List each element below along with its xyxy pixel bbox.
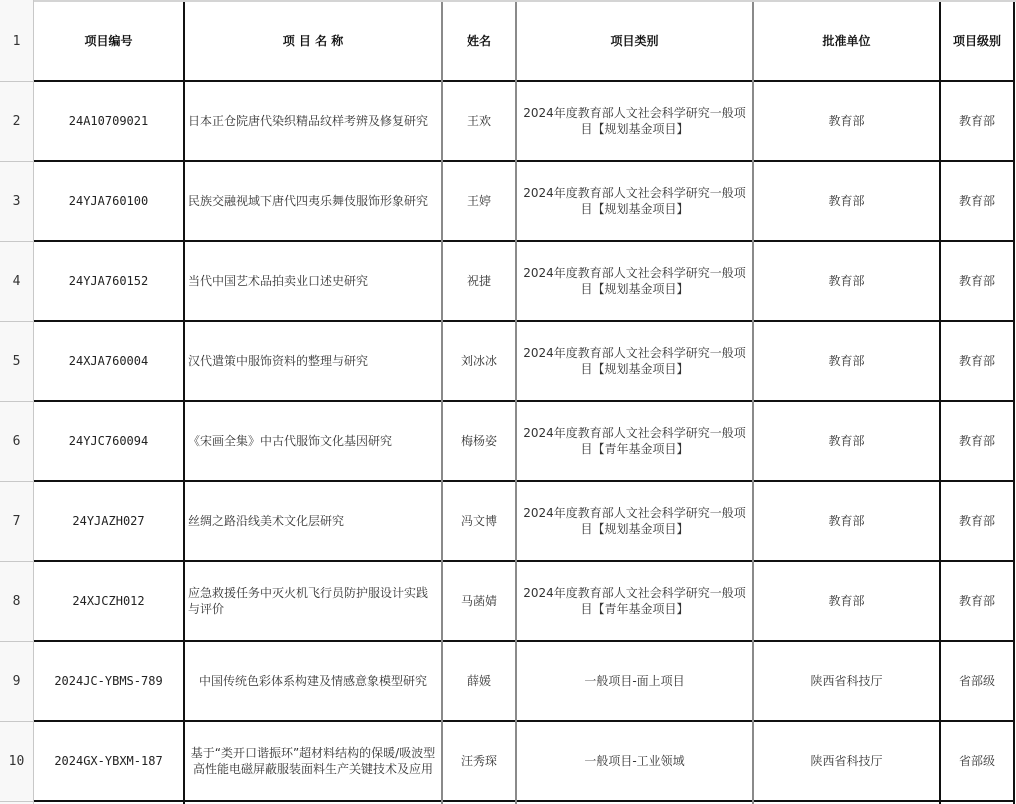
cell-approver[interactable]: 陕西省科技厅: [754, 642, 939, 720]
column-header-person[interactable]: 姓名: [443, 2, 515, 80]
cell-id[interactable]: 24XJA760004: [34, 322, 183, 400]
cell-name[interactable]: 中国传统色彩体系构建及情感意象模型研究: [185, 642, 441, 720]
cell-category[interactable]: 一般项目-面上项目: [517, 642, 752, 720]
cell-category[interactable]: 2024年度教育部人文社会科学研究一般项目【青年基金项目】: [517, 562, 752, 640]
cell-id[interactable]: 24YJA760100: [34, 162, 183, 240]
cell-id[interactable]: 24XJCZH012: [34, 562, 183, 640]
cell-name[interactable]: 民族交融视域下唐代四夷乐舞伎服饰形象研究: [185, 162, 441, 240]
cell-person[interactable]: 祝捷: [443, 242, 515, 320]
row-header-2[interactable]: 2: [0, 82, 33, 162]
table-row: 24YJAZH027 丝绸之路沿线美术文化层研究 冯文博 2024年度教育部人文…: [34, 482, 1014, 562]
column-divider: [939, 2, 941, 804]
column-header-category[interactable]: 项目类别: [517, 2, 752, 80]
column-header-approver[interactable]: 批准单位: [754, 2, 939, 80]
cell-name[interactable]: 当代中国艺术品拍卖业口述史研究: [185, 242, 441, 320]
cell-level[interactable]: 教育部: [941, 402, 1013, 480]
cell-approver[interactable]: 教育部: [754, 82, 939, 160]
table-row: 24YJA760100 民族交融视域下唐代四夷乐舞伎服饰形象研究 王婷 2024…: [34, 162, 1014, 242]
cell-category[interactable]: 2024年度教育部人文社会科学研究一般项目【规划基金项目】: [517, 162, 752, 240]
cell-id[interactable]: 2024GX-YBXM-187: [34, 722, 183, 800]
cell-person[interactable]: 刘冰冰: [443, 322, 515, 400]
column-divider: [515, 2, 517, 804]
cell-id[interactable]: 24YJAZH027: [34, 482, 183, 560]
cell-level[interactable]: 省部级: [941, 722, 1013, 800]
cell-category[interactable]: 2024年度教育部人文社会科学研究一般项目【规划基金项目】: [517, 322, 752, 400]
cell-person[interactable]: 王欢: [443, 82, 515, 160]
cell-level[interactable]: 教育部: [941, 482, 1013, 560]
column-divider: [1013, 2, 1015, 804]
cell-name[interactable]: 丝绸之路沿线美术文化层研究: [185, 482, 441, 560]
cell-id[interactable]: 24YJA760152: [34, 242, 183, 320]
cell-level[interactable]: 省部级: [941, 642, 1013, 720]
spreadsheet: 1 2 3 4 5 6 7 8 9 10 项目编号 项 目 名 称 姓名 项目类…: [0, 0, 1016, 804]
cell-approver[interactable]: 教育部: [754, 242, 939, 320]
column-header-level[interactable]: 项目级别: [941, 2, 1013, 80]
cell-person[interactable]: 王婷: [443, 162, 515, 240]
table-row: 2024JC-YBMS-789 中国传统色彩体系构建及情感意象模型研究 薛媛 一…: [34, 642, 1014, 722]
row-header-6[interactable]: 6: [0, 402, 33, 482]
cell-name[interactable]: 汉代遣策中服饰资料的整理与研究: [185, 322, 441, 400]
cell-approver[interactable]: 教育部: [754, 162, 939, 240]
cell-person[interactable]: 冯文博: [443, 482, 515, 560]
column-divider: [441, 2, 443, 804]
cell-approver[interactable]: 教育部: [754, 562, 939, 640]
cell-level[interactable]: 教育部: [941, 562, 1013, 640]
cell-person[interactable]: 汪秀琛: [443, 722, 515, 800]
row-number-gutter: 1 2 3 4 5 6 7 8 9 10: [0, 0, 34, 804]
table-row: 24XJA760004 汉代遣策中服饰资料的整理与研究 刘冰冰 2024年度教育…: [34, 322, 1014, 402]
cell-level[interactable]: 教育部: [941, 242, 1013, 320]
cell-person[interactable]: 薛媛: [443, 642, 515, 720]
row-header-7[interactable]: 7: [0, 482, 33, 562]
row-header-3[interactable]: 3: [0, 162, 33, 242]
cell-approver[interactable]: 教育部: [754, 402, 939, 480]
cell-name[interactable]: 基于“类开口谐振环”超材料结构的保暖/吸波型高性能电磁屏蔽服装面料生产关键技术及…: [185, 722, 441, 800]
table-row: 24YJC760094 《宋画全集》中古代服饰文化基因研究 梅杨姿 2024年度…: [34, 402, 1014, 482]
cell-level[interactable]: 教育部: [941, 162, 1013, 240]
table-row: 24A10709021 日本正仓院唐代染织精品纹样考辨及修复研究 王欢 2024…: [34, 82, 1014, 162]
cell-approver[interactable]: 教育部: [754, 482, 939, 560]
row-header-9[interactable]: 9: [0, 642, 33, 722]
cell-id[interactable]: 2024JC-YBMS-789: [34, 642, 183, 720]
cell-level[interactable]: 教育部: [941, 322, 1013, 400]
cell-person[interactable]: 马菡婧: [443, 562, 515, 640]
table-row: 24YJA760152 当代中国艺术品拍卖业口述史研究 祝捷 2024年度教育部…: [34, 242, 1014, 322]
header-row: 项目编号 项 目 名 称 姓名 项目类别 批准单位 项目级别: [34, 2, 1014, 82]
cell-category[interactable]: 2024年度教育部人文社会科学研究一般项目【规划基金项目】: [517, 82, 752, 160]
cell-category[interactable]: 2024年度教育部人文社会科学研究一般项目【规划基金项目】: [517, 242, 752, 320]
cell-level[interactable]: 教育部: [941, 82, 1013, 160]
cell-category[interactable]: 一般项目-工业领域: [517, 722, 752, 800]
row-header-1[interactable]: 1: [0, 2, 33, 82]
column-header-name[interactable]: 项 目 名 称: [185, 2, 441, 80]
cell-id[interactable]: 24YJC760094: [34, 402, 183, 480]
row-header-5[interactable]: 5: [0, 322, 33, 402]
cell-person[interactable]: 梅杨姿: [443, 402, 515, 480]
column-divider: [183, 2, 185, 804]
column-divider: [752, 2, 754, 804]
cell-name[interactable]: 《宋画全集》中古代服饰文化基因研究: [185, 402, 441, 480]
table-row: 24XJCZH012 应急救援任务中灭火机飞行员防护服设计实践与评价 马菡婧 2…: [34, 562, 1014, 642]
table-row: 2024GX-YBXM-187 基于“类开口谐振环”超材料结构的保暖/吸波型高性…: [34, 722, 1014, 802]
cell-approver[interactable]: 教育部: [754, 322, 939, 400]
cell-id[interactable]: 24A10709021: [34, 82, 183, 160]
column-header-id[interactable]: 项目编号: [34, 2, 183, 80]
row-header-8[interactable]: 8: [0, 562, 33, 642]
cell-category[interactable]: 2024年度教育部人文社会科学研究一般项目【青年基金项目】: [517, 402, 752, 480]
cell-category[interactable]: 2024年度教育部人文社会科学研究一般项目【规划基金项目】: [517, 482, 752, 560]
row-header-10[interactable]: 10: [0, 722, 33, 802]
cell-approver[interactable]: 陕西省科技厅: [754, 722, 939, 800]
row-header-4[interactable]: 4: [0, 242, 33, 322]
cell-name[interactable]: 日本正仓院唐代染织精品纹样考辨及修复研究: [185, 82, 441, 160]
cell-name[interactable]: 应急救援任务中灭火机飞行员防护服设计实践与评价: [185, 562, 441, 640]
